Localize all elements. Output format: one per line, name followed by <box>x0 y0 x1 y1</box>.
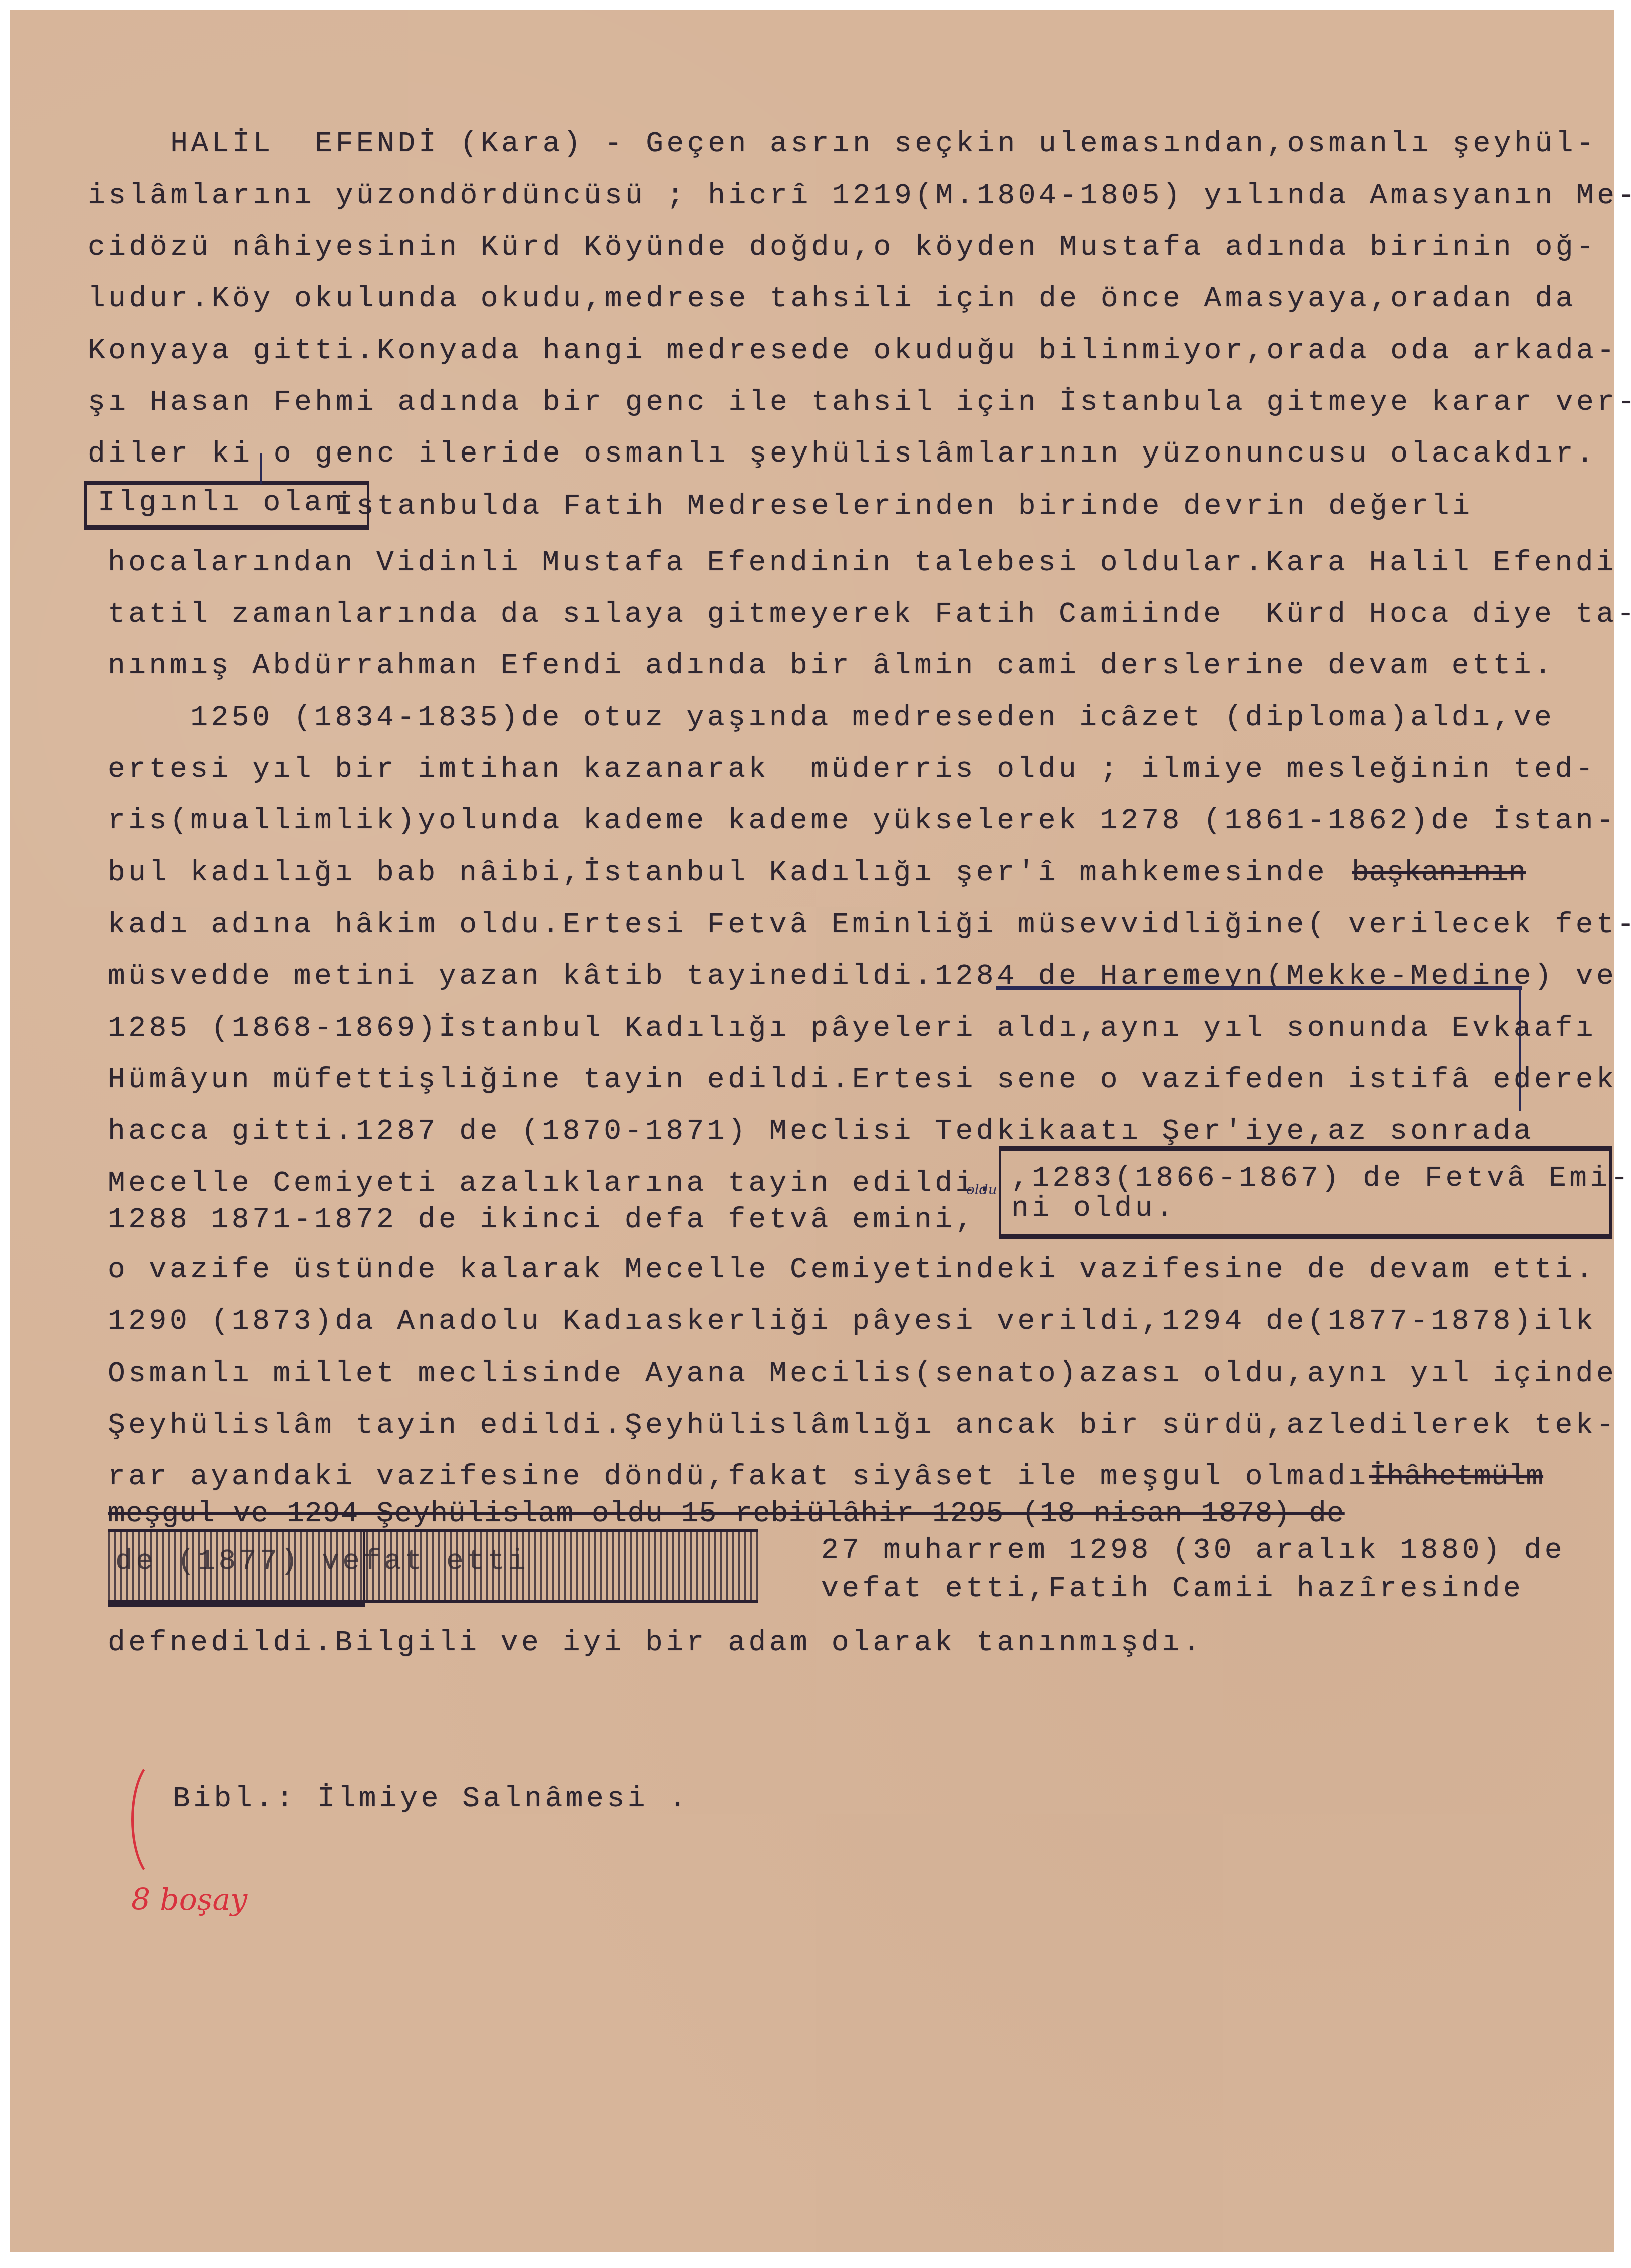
text-line: diler ki o genc ileride osmanlı şeyhülis… <box>88 437 1597 472</box>
text-line: hacca gitti.1287 de (1870-1871) Meclisi … <box>108 1114 1534 1149</box>
text-line: bul kadılığı bab nâibi,İstanbul Kadılığı… <box>108 856 1348 891</box>
text-line: cidözü nâhiyesinin Kürd Köyünde doğdu,o … <box>88 230 1597 265</box>
text-line: İstanbulda Fatih Medreselerinden birinde… <box>88 489 1473 524</box>
text-line: rar ayandaki vazifesine döndü,fakat siyâ… <box>108 1460 1390 1495</box>
closing-line: defnedildi.Bilgili ve iyi bir adam olara… <box>108 1626 1203 1661</box>
red-pencil-note: 8 boşay <box>131 1882 247 1917</box>
text-line: ludur.Köy okulunda okudu,medrese tahsili… <box>88 282 1576 317</box>
inserted-text: ni oldu. <box>1011 1191 1176 1226</box>
text-line: 1290 (1873)da Anadolu Kadıaskerliği pâye… <box>108 1304 1596 1339</box>
text-line: Osmanlı millet meclisinde Ayana Mecilis(… <box>108 1356 1617 1392</box>
struck-line: meşgul ve 1294 Şeyhülislam oldu 15 rebiü… <box>108 1497 1345 1532</box>
red-bracket-icon <box>131 1757 189 1882</box>
text-line: Konyaya gitti.Konyada hangi medresede ok… <box>88 334 1618 369</box>
text-line: o vazife üstünde kalarak Mecelle Cemiyet… <box>108 1253 1596 1288</box>
text-line: ertesi yıl bir imtihan kazanarak müderri… <box>108 752 1596 787</box>
text-line: tatil zamanlarında da sılaya gitmeyerek … <box>108 597 1631 632</box>
struck-text: İhâhetmülm <box>1369 1460 1543 1495</box>
pen-arrow-line <box>996 986 1522 990</box>
insert-arrow-icon <box>260 453 262 484</box>
text-line: islâmlarını yüzondördüncüsü ; hicrî 1219… <box>88 179 1631 214</box>
text-line: HALİL EFENDİ (Kara) - Geçen asrın seçkin… <box>88 127 1597 162</box>
text-line: hocalarından Vidinli Mustafa Efendinin t… <box>108 546 1617 581</box>
text-line: nınmış Abdürrahman Efendi adında bir âlm… <box>108 649 1555 684</box>
text-line: Mecelle Cemiyeti azalıklarına tayin edil… <box>108 1166 997 1201</box>
pen-box <box>108 1532 365 1607</box>
text-line: ris(muallimlik)yolunda kademe kademe yük… <box>108 804 1617 839</box>
text-line: 1288 1871-1872 de ikinci defa fetvâ emin… <box>108 1203 976 1238</box>
text-line: şı Hasan Fehmi adında bir genc ile tahsi… <box>88 385 1631 420</box>
bibliography: Bibl.: İlmiye Salnâmesi . <box>173 1782 690 1817</box>
text-line: 1285 (1868-1869)İstanbul Kadılığı pâyele… <box>108 1011 1596 1046</box>
text-line: kadı adına hâkim oldu.Ertesi Fetvâ Eminl… <box>108 908 1631 943</box>
handwritten-insert: oldu <box>966 1181 997 1198</box>
struck-text: başkanının <box>1352 856 1526 891</box>
text-line: Şeyhülislâm tayin edildi.Şeyhülislâmlığı… <box>108 1408 1617 1443</box>
death-date-line: 27 muharrem 1298 (30 aralık 1880) de <box>821 1533 1565 1568</box>
death-place-line: vefat etti,Fatih Camii hazîresinde <box>821 1572 1524 1607</box>
text-line: 1250 (1834-1835)de otuz yaşında medresed… <box>108 701 1555 736</box>
text-line: Hümâyun müfettişliğine tayin edildi.Erte… <box>108 1063 1617 1098</box>
